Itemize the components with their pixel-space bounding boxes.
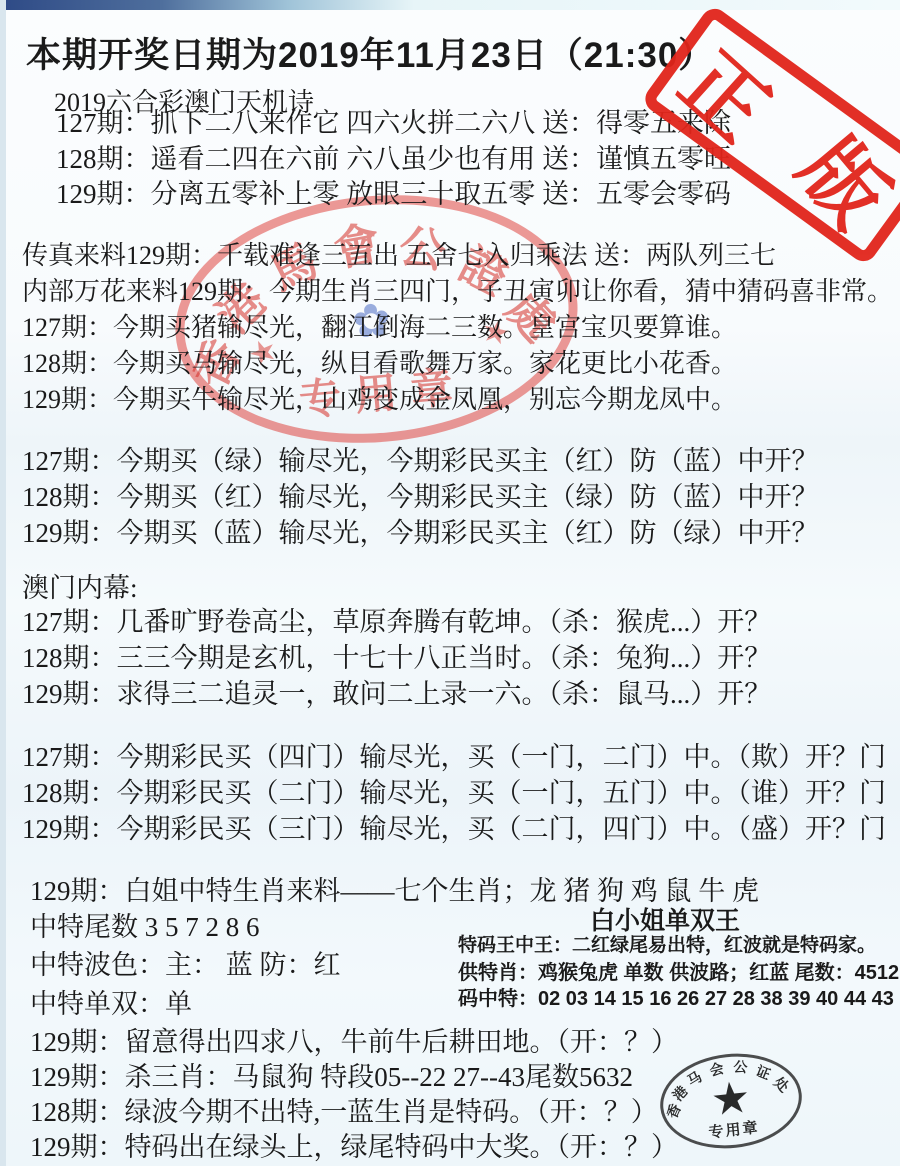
fax-line: 传真来料129期：千载难逢三五出 五舍七入归乘法 送：两队列三七 <box>22 238 893 274</box>
door-bet-line: 128期：今期彩民买（二门）输尽光，买（一门，五门）中。（谁）开？门 <box>22 775 886 811</box>
seal-arc-char: 证 <box>753 1061 773 1085</box>
bottom-green-wave-line: 128期：绿波今期不出特,一蓝生肖是特码。（开：？） <box>30 1090 658 1129</box>
poem-line: 127期：抓下二八来作它 四六火拼二六八 送：得零五来除 <box>56 106 731 142</box>
door-bet-line: 127期：今期彩民买（四门）输尽光，买（一门，二门）中。（欺）开？门 <box>22 739 886 775</box>
top-border-strip <box>0 0 900 10</box>
fax-section: 传真来料129期：千载难逢三五出 五舍七入归乘法 送：两队列三七 内部万花来料1… <box>22 238 893 418</box>
baijie-tail-numbers-line: 中特尾数 3 5 7 2 8 6 <box>30 905 260 944</box>
color-bet-line: 129期：今期买（蓝）输尽光，今期彩民买主（红）防（绿）中开？ <box>22 515 819 551</box>
baijie-wave-color-line: 中特波色：主： 蓝 防：红 <box>30 943 341 982</box>
danshuang-king-line: 特码王中王：二红绿尾易出特，红波就是特码家。 <box>458 930 876 957</box>
seal-bottom-text: 专用章 <box>708 1116 761 1142</box>
macau-insider-line: 128期：三三今期是玄机，十七十八正当时。（杀：兔狗...）开？ <box>22 640 771 676</box>
door-bet-line: 129期：今期彩民买（三门）输尽光，买（二门，四门）中。（盛）开？门 <box>22 811 886 847</box>
bottom-kill-zodiac-line: 129期：杀三肖：马鼠狗 特段05--22 27--43尾数5632 <box>30 1055 633 1094</box>
fax-line: 128期：今期买马输尽光，纵目看歌舞万家。家花更比小花香。 <box>22 346 893 382</box>
color-bet-line: 127期：今期买（绿）输尽光，今期彩民买主（红）防（蓝）中开？ <box>22 443 819 479</box>
notary-office-seal: 香 港 马 会 公 证 处 ★ 专用章 <box>655 1047 806 1155</box>
fax-line: 129期：今期买牛输尽光，山鸡变成金凤凰，别忘今期龙凤中。 <box>22 382 893 418</box>
door-bets-section: 127期：今期彩民买（四门）输尽光，买（一门，二门）中。（欺）开？门 128期：… <box>22 739 886 847</box>
bottom-special-code-line: 129期：特码出在绿头上，绿尾特码中大奖。（开：？） <box>30 1125 678 1164</box>
bottom-tip-line: 129期：留意得出四求八，牛前牛后耕田地。（开：？） <box>30 1020 678 1059</box>
danshuang-zodiac-line: 供特肖：鸡猴兔虎 单数 供波路；红蓝 尾数：4512 <box>458 956 899 985</box>
baijie-odd-even-line: 中特单双：单 <box>30 982 192 1021</box>
left-border-strip <box>0 0 6 1166</box>
seal-arc-char: 马 <box>683 1067 705 1091</box>
poem-section: 127期：抓下二八来作它 四六火拼二六八 送：得零五来除 128期：遥看二四在六… <box>56 106 731 213</box>
poem-line: 128期：遥看二四在六前 六八虽少也有用 送：谨慎五零旺 <box>56 142 731 178</box>
macau-insider-line: 127期：几番旷野卷高尘，草原奔腾有乾坤。（杀：猴虎...）开？ <box>22 604 771 640</box>
seal-arc-char: 处 <box>770 1073 794 1097</box>
authentic-stamp-char: 版 <box>778 109 900 247</box>
color-bets-section: 127期：今期买（绿）输尽光，今期彩民买主（红）防（蓝）中开？ 128期：今期买… <box>22 443 819 551</box>
macau-insider-heading: 澳门内幕: <box>22 566 138 605</box>
poem-line: 129期：分离五零补上零 放眼三十取五零 送：五零会零码 <box>56 177 731 213</box>
macau-insider-section: 127期：几番旷野卷高尘，草原奔腾有乾坤。（杀：猴虎...）开？ 128期：三三… <box>22 604 771 712</box>
color-bet-line: 128期：今期买（红）输尽光，今期彩民买主（绿）防（蓝）中开？ <box>22 479 819 515</box>
fax-line: 内部万花来料129期：今期生肖三四门，子丑寅卯让你看，猜中猜码喜非常。 <box>22 274 893 310</box>
danshuang-numbers-line: 码中特：02 03 14 15 16 26 27 28 38 39 40 44 … <box>458 982 894 1011</box>
fax-line: 127期：今期买猪输尽光，翻江倒海二三数。皇宫宝贝要算谁。 <box>22 310 893 346</box>
macau-insider-line: 129期：求得三二追灵一，敢问二上录一六。（杀：鼠马...）开？ <box>22 676 771 712</box>
page-title: 本期开奖日期为2019年11月23日（21:30） <box>26 28 714 78</box>
